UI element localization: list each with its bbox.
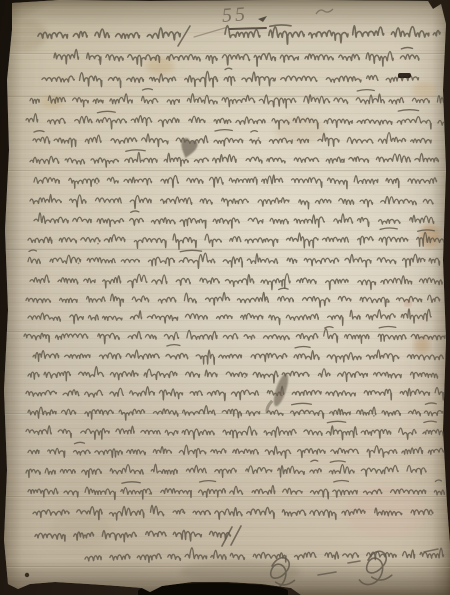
ink-speck [182, 511, 184, 513]
handwriting-line [33, 130, 431, 147]
handwriting-line [33, 345, 444, 365]
ink-speck [281, 395, 283, 397]
ink-speck [244, 376, 246, 378]
handwriting-line [38, 25, 440, 44]
stain [420, 224, 440, 248]
fold-crease-topleft [0, 0, 73, 50]
fold-crease [0, 566, 450, 568]
ink-speck [396, 179, 398, 181]
folio-number: 55 [221, 3, 249, 28]
ink-speck [36, 449, 38, 451]
squiggle-mark [316, 9, 333, 14]
ink-speck [386, 301, 388, 303]
edge-shading [0, 0, 450, 595]
ink-smear [266, 372, 291, 417]
fold-crease [0, 170, 450, 172]
ink-speck [379, 489, 381, 491]
ink-speck [78, 263, 80, 265]
black-ink-mark [398, 73, 411, 78]
fold-crease [0, 496, 450, 498]
stain [3, 19, 47, 51]
ink-speck [96, 183, 98, 185]
small-triangle-mark [258, 16, 267, 22]
handwriting-line [85, 548, 444, 562]
ink-speck [430, 514, 432, 516]
handwriting-line [26, 460, 426, 477]
fold-crease [0, 249, 450, 251]
fold-crease [0, 96, 450, 98]
handwriting-line [26, 421, 444, 440]
ink-slash [231, 526, 241, 545]
ink-speck [149, 493, 151, 495]
handwriting-line [28, 480, 444, 500]
stain [146, 57, 174, 75]
ink-speck [175, 410, 177, 412]
ink-speck [258, 137, 260, 139]
handwriting-line [28, 309, 431, 326]
handwriting-line [30, 89, 444, 108]
ink-speck [98, 59, 100, 61]
handwriting-line [54, 48, 419, 67]
scan-background: 55 [0, 0, 450, 595]
handwriting-line [28, 250, 440, 268]
stain [345, 486, 425, 538]
ink-speck [175, 317, 177, 319]
handwriting-line [28, 228, 444, 249]
fold-crease [0, 413, 450, 415]
ink-slash [222, 527, 232, 546]
handwriting-layer [0, 0, 450, 595]
pencil-stroke [194, 27, 228, 37]
handwriting-line [30, 150, 439, 167]
ink-speck [97, 243, 99, 245]
paper-sheet: 55 [0, 0, 450, 595]
handwriting-line [26, 110, 447, 129]
ink-dot [25, 573, 29, 577]
ink-dash [348, 561, 360, 563]
handwriting-line [24, 327, 445, 344]
fold-crease [0, 53, 450, 55]
handwriting-line [30, 274, 442, 290]
ink-overbar [230, 28, 266, 29]
ink-dash [318, 572, 336, 575]
handwriting-line [28, 403, 443, 420]
ink-dash [424, 549, 438, 552]
ink-speck [100, 101, 102, 103]
handwriting-line [26, 288, 440, 307]
handwriting-line [34, 211, 434, 228]
handwriting-line [33, 505, 433, 520]
handwriting-line [28, 367, 438, 383]
ink-speck [436, 159, 438, 161]
handwriting-line [30, 194, 433, 209]
paper-texture [0, 0, 450, 595]
ink-blot-heart [181, 138, 197, 158]
ink-speck [265, 298, 267, 300]
ink-speck [215, 78, 217, 80]
handwriting-line [26, 386, 444, 401]
stain [414, 336, 430, 354]
ink-speck [373, 415, 375, 417]
stain [50, 512, 110, 548]
handwriting-line [35, 530, 231, 541]
stain [180, 560, 300, 584]
stain [274, 116, 326, 144]
handwriting-line [42, 68, 419, 87]
signature-flourish [359, 551, 391, 584]
ink-speck [272, 80, 274, 82]
stain [405, 300, 411, 306]
ink-speck [341, 161, 343, 163]
handwriting-line [34, 175, 437, 189]
ink-slash [178, 26, 190, 46]
stain [41, 95, 63, 109]
ink-speck [49, 239, 51, 241]
signature-flourish [264, 558, 295, 589]
stain [412, 82, 436, 98]
fold-crease [0, 331, 450, 333]
handwriting-line [28, 442, 448, 458]
stain-layer [0, 0, 450, 595]
